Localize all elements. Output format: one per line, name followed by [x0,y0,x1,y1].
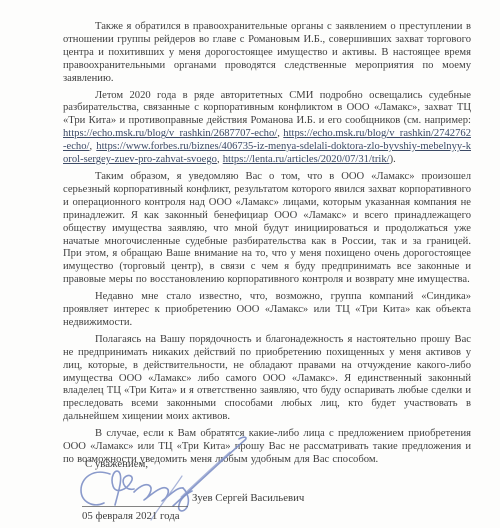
letter-paragraph: Также я обратился в правоохранительные о… [63,21,471,86]
paragraph-text: Полагаясь на Вашу порядочность и благона… [63,334,471,422]
hyperlink-url[interactable]: https://lenta.ru/articles/2020/07/31/tri… [223,154,390,165]
paragraph-text: ). [390,154,396,165]
hyperlink-url[interactable]: https://echo.msk.ru/blog/v_rashkin/26877… [63,128,277,139]
closing-block: С уважением, Зуев Сергей Васильевич 05 ф… [63,448,471,528]
scanned-letter-page: Также я обратился в правоохранительные о… [0,0,500,528]
letter-paragraphs: Также я обратился в правоохранительные о… [63,21,471,471]
paragraph-text: Таким образом, я уведомляю Вас о том, чт… [63,171,471,285]
letter-date: 05 февраля 2021 года [82,510,180,522]
paragraph-text: Недавно мне стало известно, что, возможн… [63,291,471,328]
letter-paragraph: Недавно мне стало известно, что, возможн… [63,291,471,330]
letter-paragraph: Таким образом, я уведомляю Вас о том, чт… [63,171,471,287]
signature-line [82,506,188,507]
paragraph-text: Также я обратился в правоохранительные о… [63,21,471,84]
letter-paragraph: Полагаясь на Вашу порядочность и благона… [63,334,471,424]
paragraph-text: Летом 2020 года в ряде авторитетных СМИ … [63,90,471,127]
letter-paragraph: Летом 2020 года в ряде авторитетных СМИ … [63,90,471,167]
signer-name: Зуев Сергей Васильевич [192,492,304,504]
closing-salutation: С уважением, [85,458,148,470]
